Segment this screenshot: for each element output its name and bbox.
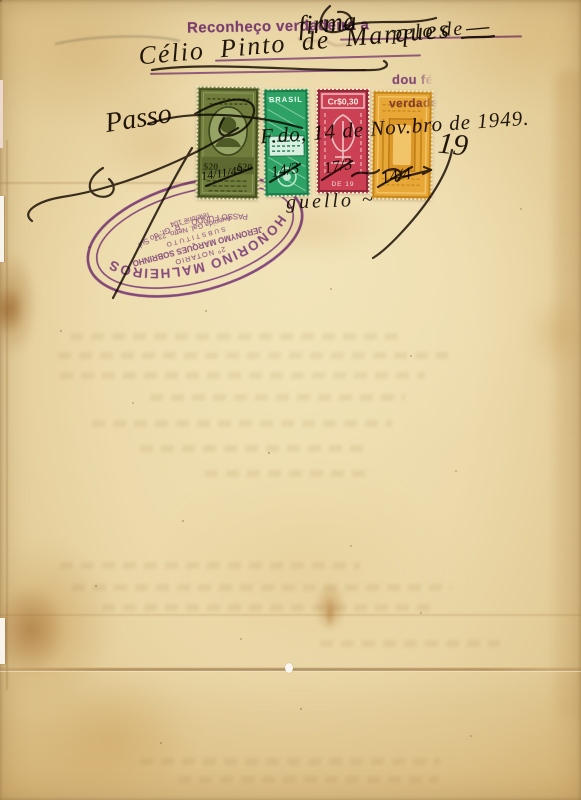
ghost-text-row xyxy=(178,776,439,783)
stain xyxy=(150,470,460,680)
ghost-text-row xyxy=(60,562,361,569)
paper-hole xyxy=(285,663,293,673)
stamp-country-label: BRASIL xyxy=(269,95,303,104)
scan-edge-sliver xyxy=(0,80,3,148)
ghost-text-row xyxy=(150,394,406,401)
handwriting-city: Passo xyxy=(103,98,174,140)
stain xyxy=(0,585,65,675)
ghost-text-row xyxy=(58,352,449,359)
stain xyxy=(525,295,581,370)
fold-crease xyxy=(0,614,581,616)
ghost-text-row xyxy=(205,470,366,477)
ghost-text-row xyxy=(320,640,501,647)
ghost-text-row xyxy=(72,584,453,591)
stain xyxy=(314,582,346,632)
ghost-text-row xyxy=(92,420,393,427)
handwriting-paraph: 19 xyxy=(436,127,469,164)
handwriting-signature-fragment: guello ~ xyxy=(286,188,377,214)
stain xyxy=(0,540,115,710)
paper-specks xyxy=(0,0,2,2)
scanned-document: Reconheço verdadeira a dou fé HONORINO M… xyxy=(0,0,581,800)
stamp-series-label: DE 19 xyxy=(331,181,354,188)
ghost-text-row xyxy=(140,758,441,765)
torn-edge-sliver xyxy=(0,618,5,664)
stain xyxy=(555,70,581,720)
stamp-underline xyxy=(150,69,366,75)
dou-fe-stamp: dou fé xyxy=(392,72,433,87)
verdade-overprint-stamp: verdade xyxy=(389,96,438,111)
ghost-text-row xyxy=(102,604,433,611)
ghost-text-row xyxy=(60,372,426,379)
stain xyxy=(0,685,581,800)
stain xyxy=(325,598,335,628)
stain xyxy=(0,252,38,357)
ghost-text-row xyxy=(70,333,401,340)
stamp-value: Cr$0,30 xyxy=(328,97,359,107)
fold-crease-vertical xyxy=(6,140,8,690)
stain xyxy=(25,672,195,800)
stain xyxy=(0,286,24,334)
ghost-text-row xyxy=(140,445,371,452)
torn-edge-sliver xyxy=(0,196,4,262)
